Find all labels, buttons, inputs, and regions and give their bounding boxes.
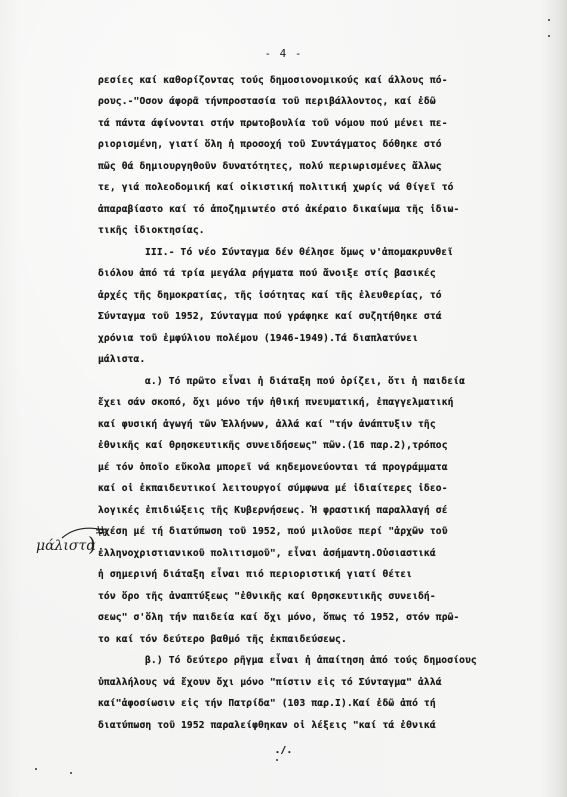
- page-number: - 4 -: [0, 47, 567, 60]
- text-line: ἔχει σάν σκοπό, ὄχι μόνο τήν ἠθική πνευμ…: [98, 396, 538, 410]
- text-line: διόλου ἀπό τά τρία μεγάλα ρήγματα πού ἄν…: [98, 267, 538, 281]
- text-line: καί φυσική ἀγωγή τῶν Ἑλλήνων, ἀλλά καί "…: [98, 418, 538, 432]
- scan-speck: [70, 772, 72, 774]
- text-line: το καί τόν δεύτερο βαθμό τῆς ἐκπαιδεύσεω…: [98, 633, 538, 647]
- text-line: ρεσίες καί καθορίζοντας τούς δημοσιονομι…: [98, 74, 538, 88]
- scan-speck: [35, 768, 37, 770]
- text-line: ὑπαλλήλους νά ἔχουν ὄχι μόνο "πίστιν εἰς…: [98, 676, 538, 690]
- text-line: τε, γιά πολεοδομική καί οἰκιστική πολιτι…: [98, 181, 538, 195]
- text-line: μέ τόν ὁποῖο εὔκολα μπορεῖ νά κηδεμονεύο…: [98, 461, 538, 475]
- continuation-mark: ./.: [0, 744, 567, 758]
- text-line: ρους.-"Οσον άφορᾶ τήνπροστασία τοῦ περιβ…: [98, 95, 538, 109]
- text-line: ἀρχές τῆς δημοκρατίας, τῆς ἰσότητας καί …: [98, 289, 538, 303]
- text-line: ἐθνικῆς καί θρησκευτικῆς συνειδήσεως" πῶ…: [98, 439, 538, 453]
- text-line: τά πάντα άφίνονται στήν πρωτοβουλία τοῦ …: [98, 117, 538, 131]
- text-line: τόν ὅρο τῆς ἀναπτύξεως "ἐθνικῆς καί θρησ…: [98, 590, 538, 604]
- text-line: πῶς θά δημιουργηθοῦν δυνατότητες, πολύ π…: [98, 160, 538, 174]
- text-line: καί οἱ ἐκπαιδευτικοί λειτουργοί σύμφωνα …: [98, 482, 538, 496]
- scan-speck: [276, 759, 278, 761]
- text-line: ἡ σημερινή διάταξη εἶναι πιό περιοριστικ…: [98, 568, 538, 582]
- text-line: λογικές ἐπιδιώξεις τῆς Κυβερνήσεως. Ἡ φρ…: [98, 504, 538, 518]
- text-line: καί"ἀφοσίωσιν εἰς τήν Πατρίδα" (103 παρ.…: [98, 697, 538, 711]
- subsection-a-line: α.) Τό πρῶτο εἶναι ἡ διάταξη πού ὁρίζει,…: [145, 375, 538, 389]
- handwritten-bracket-icon: ): [88, 532, 96, 556]
- text-line: χρόνια τοῦ ἐμφύλιου πολέμου (1946-1949).…: [98, 332, 538, 346]
- text-line: τικῆς ἰδιοκτησίας.: [98, 224, 538, 238]
- scan-speck: [548, 19, 550, 21]
- text-line: διατύπωση τοῦ 1952 παραλείφθηκαν οἱ λέξε…: [98, 719, 538, 733]
- scan-speck: [548, 35, 550, 37]
- text-line: ἑλληνοχριστιανικοῦ πολιτισμοῦ", εἶναι ἀσ…: [98, 547, 538, 561]
- handwritten-margin-note: μάλιστα: [36, 538, 96, 554]
- text-line: ἀπαραβίαστο καί τό ἀποζημιωτέο στό ἀκέρα…: [98, 203, 538, 217]
- text-line: μάλιστα.: [98, 353, 538, 367]
- text-line: ριορισμένη, γιατί ὅλη ἡ προσοχή τοῦ Συντ…: [98, 138, 538, 152]
- document-page: - 4 - ρεσίες καί καθορίζοντας τούς δημοσ…: [0, 0, 567, 797]
- text-line: Σύνταγμα τοῦ 1952, Σύνταγμα πού γράφηκε …: [98, 310, 538, 324]
- text-line: σεως" σ'ὅλη τήν παιδεία καί ὄχι μόνο, ὅπ…: [98, 611, 538, 625]
- text-line: σχέση μέ τή διατύπωση τοῦ 1952, πού μιλο…: [98, 525, 538, 539]
- section-heading-line: III.- Τό νέο Σύνταγμα δέν θέλησε ὅμως ν'…: [145, 246, 538, 260]
- subsection-b-line: β.) Τό δεύτερο ρῆγμα εἶναι ἡ ἀπαίτηση ἀπ…: [145, 654, 538, 668]
